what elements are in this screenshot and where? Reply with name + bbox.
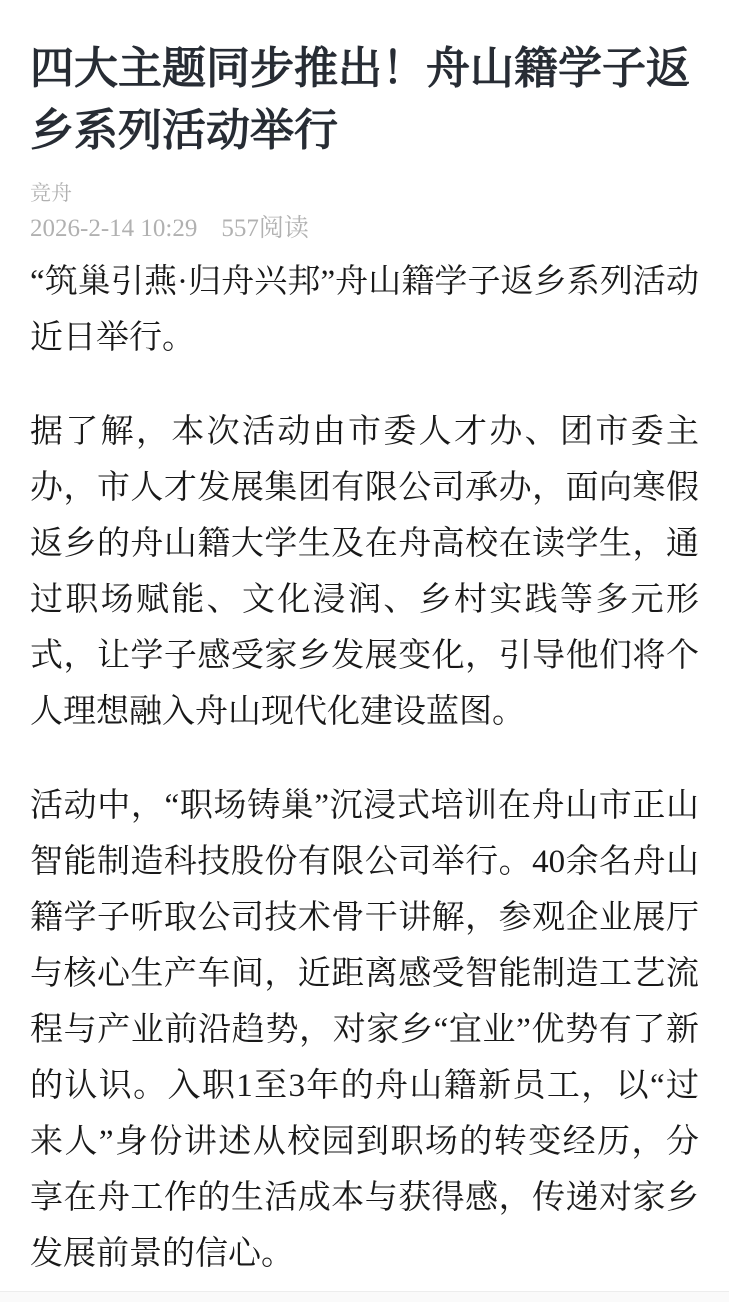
article-content: “筑巢引燕·归舟兴邦”舟山籍学子返乡系列活动近日举行。 据了解，本次活动由市委人…	[30, 254, 699, 1282]
publish-date: 2026-2-14 10:29	[30, 215, 197, 242]
read-count: 557阅读	[221, 215, 309, 242]
article-page: 四大主题同步推出！舟山籍学子返乡系列活动举行 竞舟 2026-2-14 10:2…	[0, 0, 729, 1282]
article-meta: 2026-2-14 10:29557阅读	[30, 214, 699, 244]
article-title: 四大主题同步推出！舟山籍学子返乡系列活动举行	[30, 38, 699, 162]
paragraph-1: “筑巢引燕·归舟兴邦”舟山籍学子返乡系列活动近日举行。	[30, 254, 699, 366]
paragraph-2: 据了解，本次活动由市委人才办、团市委主办，市人才发展集团有限公司承办，面向寒假返…	[30, 404, 699, 740]
bottom-divider	[0, 1291, 729, 1302]
article-author: 竞舟	[30, 180, 699, 206]
paragraph-3: 活动中，“职场铸巢”沉浸式培训在舟山市正山智能制造科技股份有限公司举行。40余名…	[30, 778, 699, 1282]
